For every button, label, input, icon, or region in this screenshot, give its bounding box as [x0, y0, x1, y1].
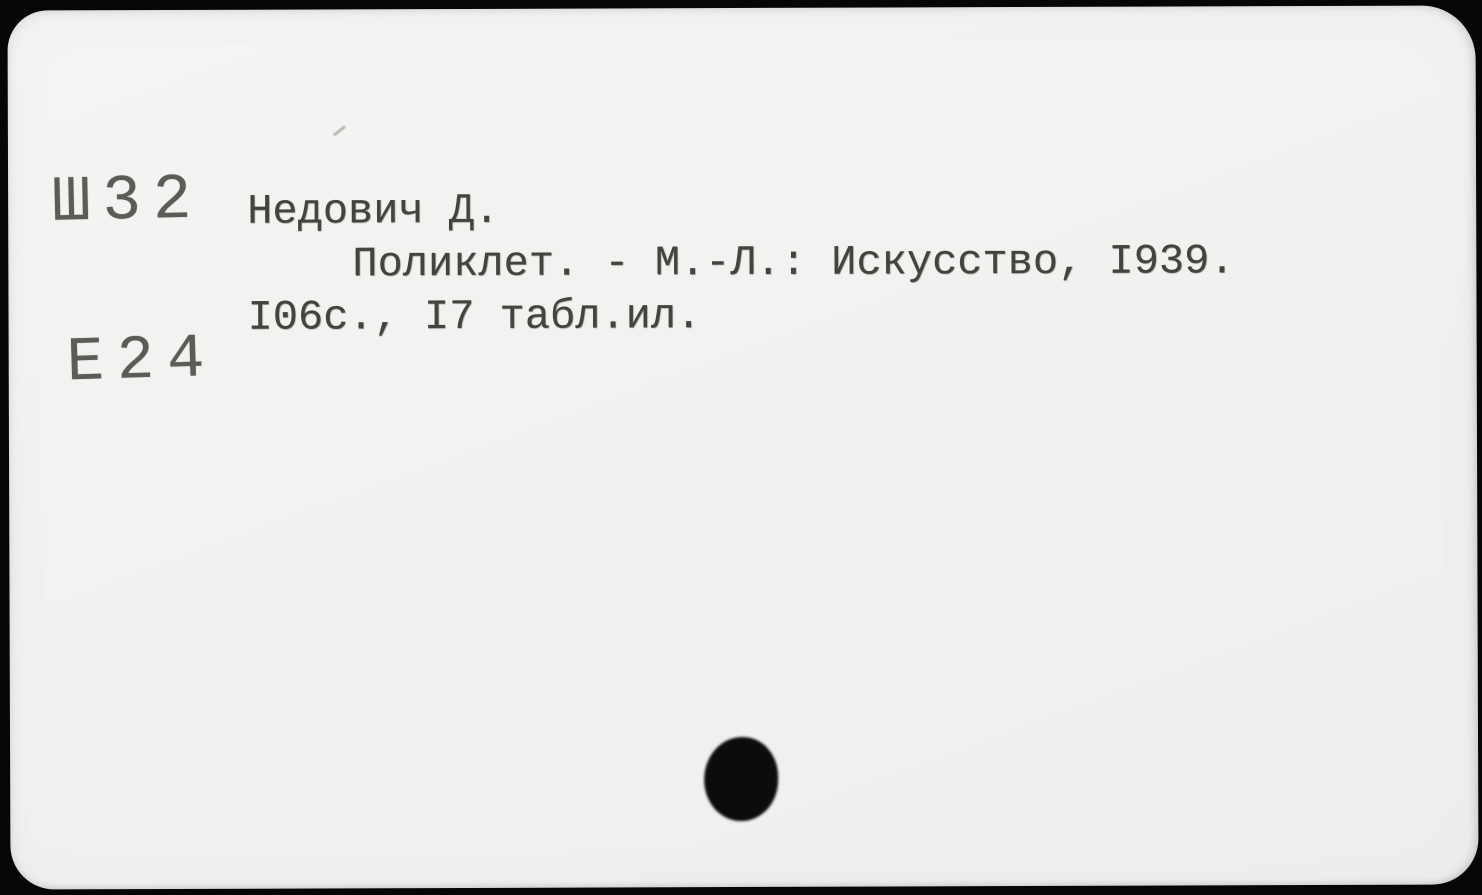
collation-line: I06с., I7 табл.ил. — [247, 288, 1234, 344]
call-number-class: Ш32 — [51, 169, 204, 236]
call-number-cutter: Е24 — [66, 328, 218, 394]
title-line: Поликлет. - М.-Л.: Искусство, I939. — [247, 235, 1234, 291]
scanner-background: Ш32 Е24 Недович Д. Поликлет. - М.-Л.: Ис… — [0, 0, 1482, 895]
catalog-entry: Недович Д. Поликлет. - М.-Л.: Искусство,… — [247, 182, 1235, 344]
catalog-card: Ш32 Е24 Недович Д. Поликлет. - М.-Л.: Ис… — [7, 5, 1478, 889]
stray-pencil-mark — [333, 125, 347, 137]
author-line: Недович Д. — [247, 182, 1234, 238]
ink-dot — [704, 737, 778, 821]
